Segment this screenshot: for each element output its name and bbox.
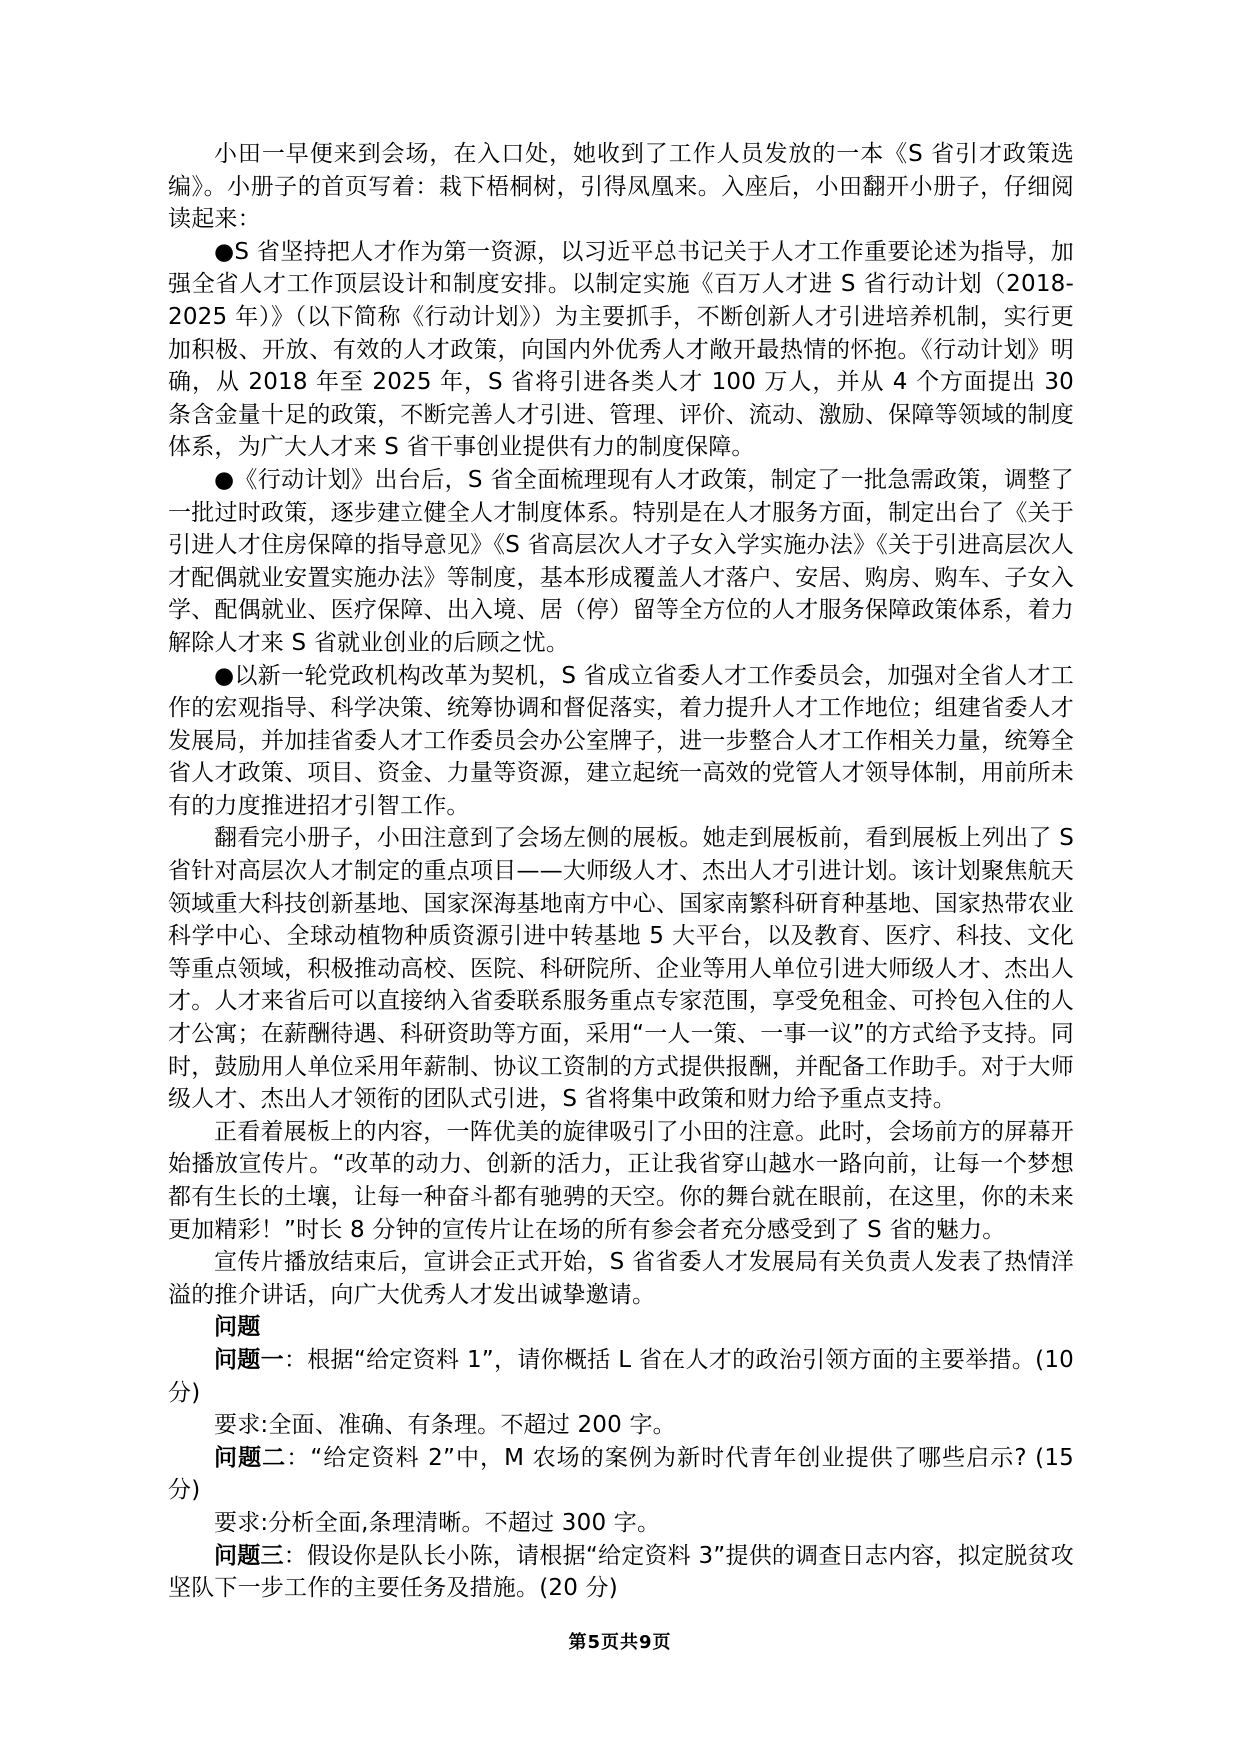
question-2-label: 问题二 <box>214 1445 286 1471</box>
body-text: 小田一早便来到会场，在入口处，她收到了工作人员发放的一本《S 省引才政策选编》。… <box>168 138 1074 1605</box>
question-3-text: ：假设你是队长小陈，请根据“给定资料 3”提供的调查日志内容，拟定脱贫攻坚队下一… <box>168 1543 1074 1602</box>
questions-heading: 问题 <box>168 1311 1074 1344</box>
body-paragraph: 宣传片播放结束后，宣讲会正式开始，S 省省委人才发展局有关负责人发表了热情洋溢的… <box>168 1246 1074 1311</box>
question-1: 问题一：根据“给定资料 1”，请你概括 L 省在人才的政治引领方面的主要举措。(… <box>168 1344 1074 1409</box>
body-paragraph: 翻看完小册子，小田注意到了会场左侧的展板。她走到展板前，看到展板上列出了 S 省… <box>168 822 1074 1115</box>
document-page: 小田一早便来到会场，在入口处，她收到了工作人员发放的一本《S 省引才政策选编》。… <box>0 0 1240 1754</box>
body-paragraph-bullet: ●S 省坚持把人才作为第一资源，以习近平总书记关于人才工作重要论述为指导，加强全… <box>168 236 1074 464</box>
question-2: 问题二：“给定资料 2”中，M 农场的案例为新时代青年创业提供了哪些启示? (1… <box>168 1442 1074 1507</box>
question-1-text: ：根据“给定资料 1”，请你概括 L 省在人才的政治引领方面的主要举措。(10 … <box>168 1347 1074 1406</box>
page-footer: 第5页共9页 <box>0 1628 1240 1654</box>
body-paragraph-bullet: ●以新一轮党政机构改革为契机，S 省成立省委人才工作委员会，加强对全省人才工作的… <box>168 660 1074 823</box>
question-2-requirement: 要求:分析全面,条理清晰。不超过 300 字。 <box>168 1507 1074 1540</box>
body-paragraph-bullet: ●《行动计划》出台后，S 省全面梳理现有人才政策，制定了一批急需政策，调整了一批… <box>168 464 1074 660</box>
body-paragraph: 小田一早便来到会场，在入口处，她收到了工作人员发放的一本《S 省引才政策选编》。… <box>168 138 1074 236</box>
question-2-text: ：“给定资料 2”中，M 农场的案例为新时代青年创业提供了哪些启示? (15 分… <box>168 1445 1074 1504</box>
question-1-label: 问题一 <box>214 1347 284 1373</box>
question-1-requirement: 要求:全面、准确、有条理。不超过 200 字。 <box>168 1409 1074 1442</box>
question-3: 问题三：假设你是队长小陈，请根据“给定资料 3”提供的调查日志内容，拟定脱贫攻坚… <box>168 1540 1074 1605</box>
body-paragraph: 正看着展板上的内容，一阵优美的旋律吸引了小田的注意。此时，会场前方的屏幕开始播放… <box>168 1116 1074 1246</box>
question-3-label: 问题三 <box>214 1543 284 1569</box>
